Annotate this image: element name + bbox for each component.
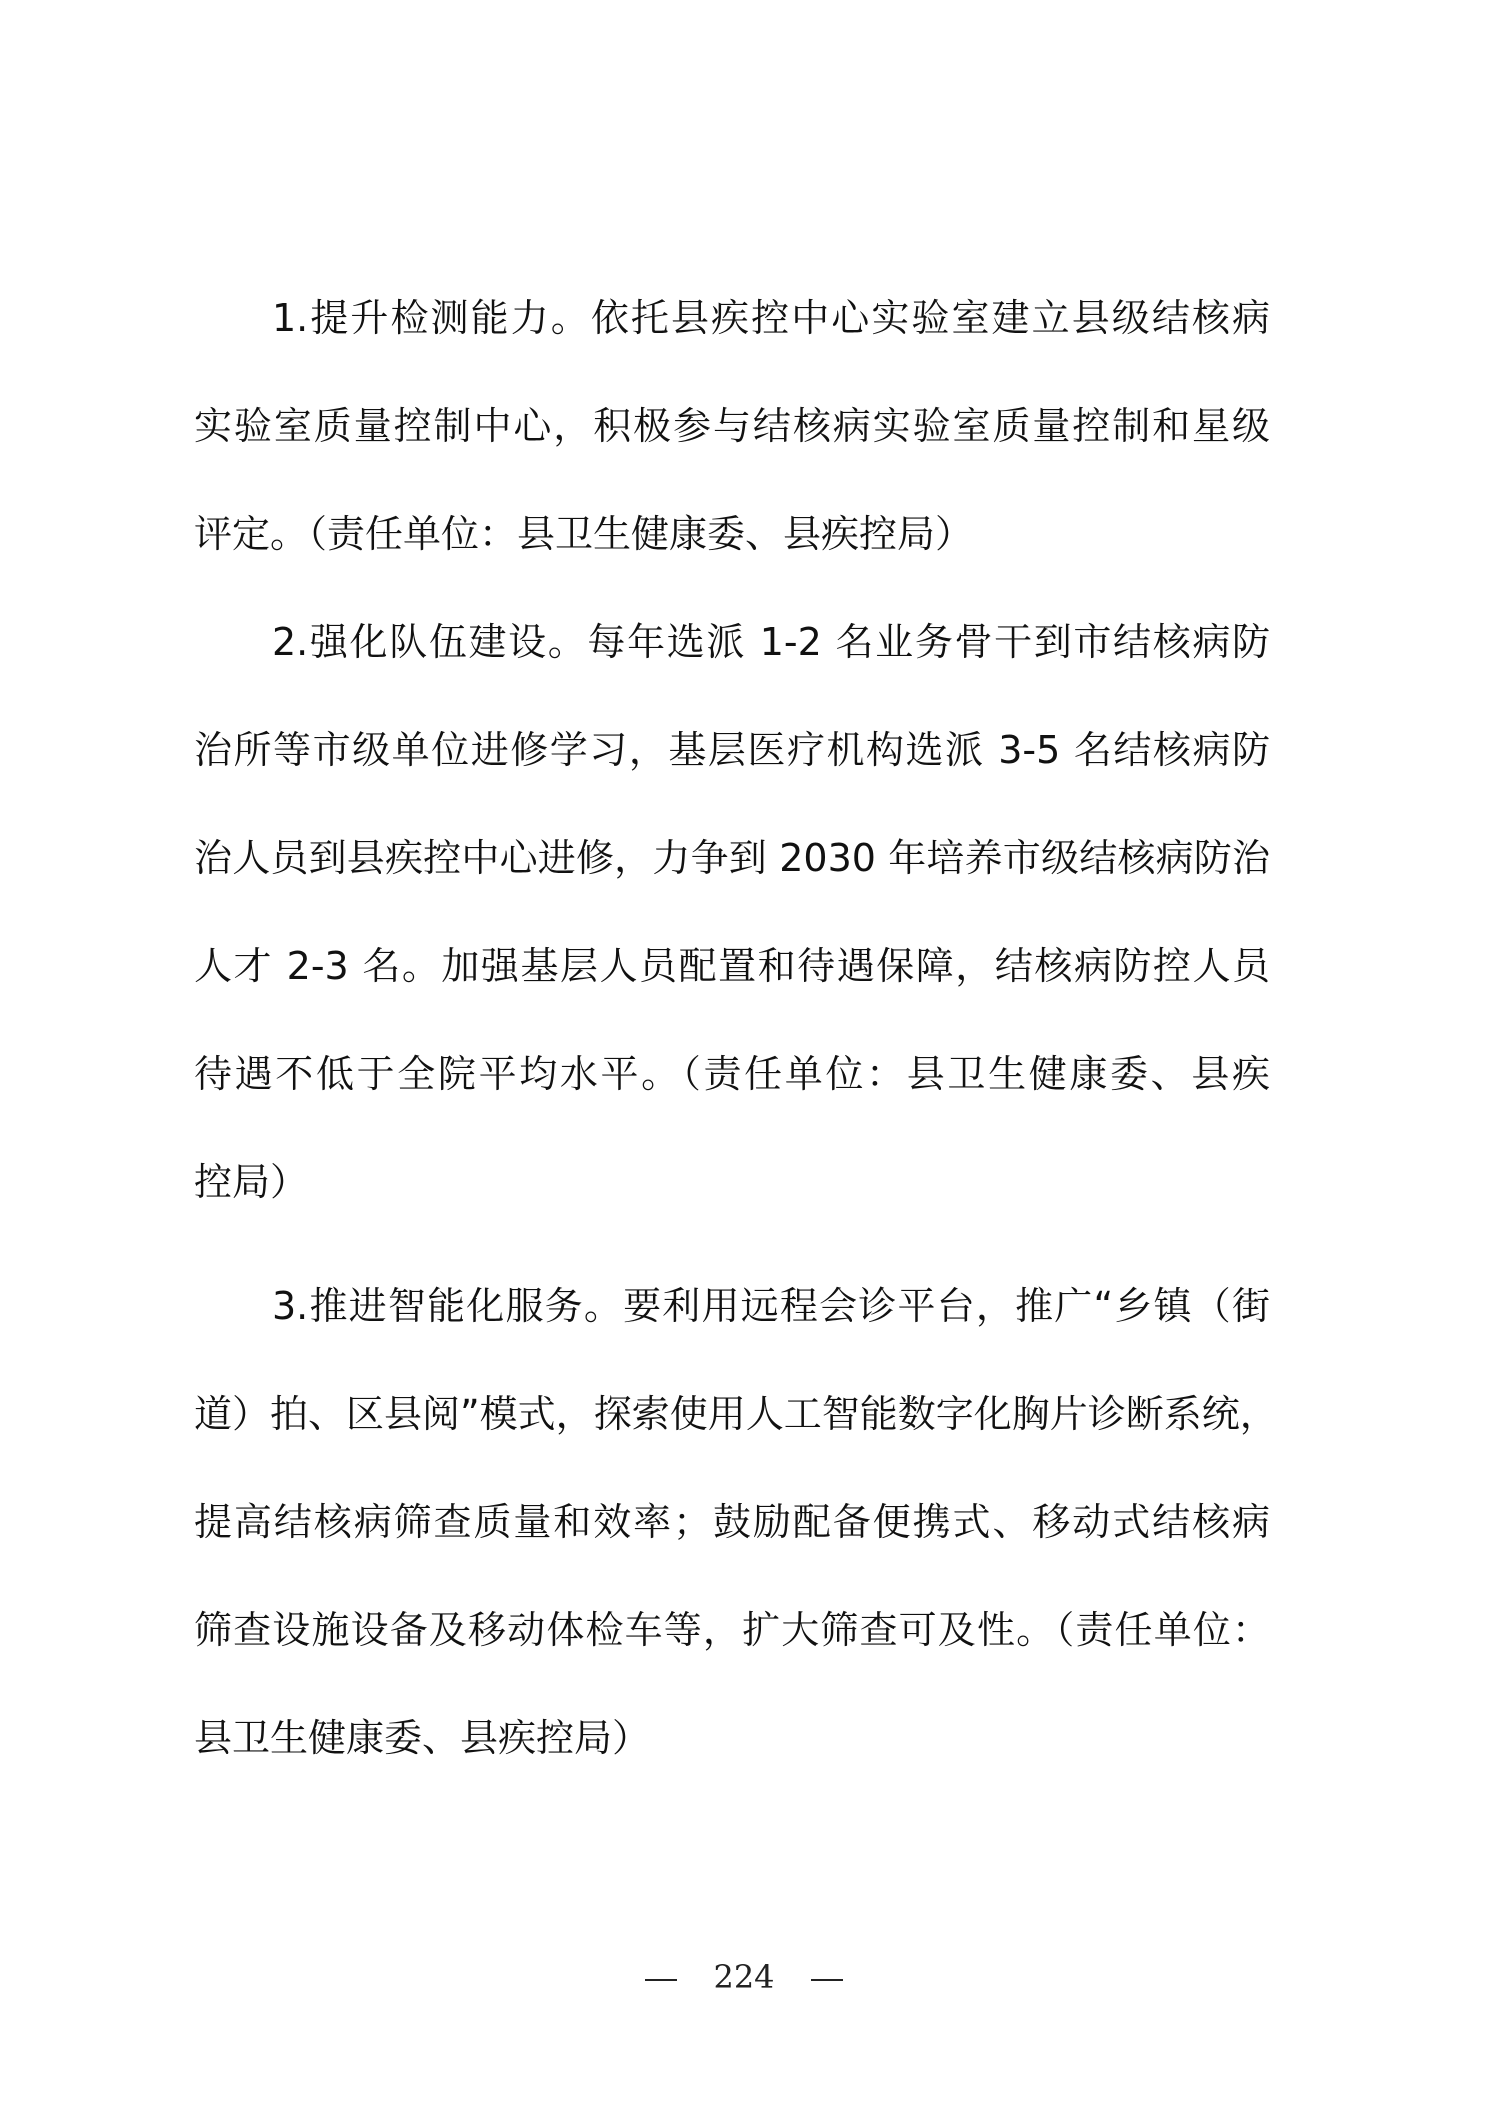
paragraph-line: 治所等市级单位进修学习，基层医疗机构选派 3-5 名结核病防 — [194, 720, 1270, 780]
paragraph-line: 提高结核病筛查质量和效率；鼓励配备便携式、移动式结核病 — [194, 1492, 1270, 1552]
paragraph-line: 治人员到县疾控中心进修，力争到 2030 年培养市级结核病防治 — [194, 828, 1270, 888]
footer-dash-left — [645, 1979, 677, 1981]
paragraph-line: 筛查设施设备及移动体检车等，扩大筛查可及性。（责任单位： — [194, 1600, 1270, 1660]
paragraph-line: 道）拍、区县阅”模式，探索使用人工智能数字化胸片诊断系统， — [194, 1384, 1270, 1444]
paragraph-line: 人才 2-3 名。加强基层人员配置和待遇保障，结核病防控人员 — [194, 936, 1270, 996]
paragraph-line: 实验室质量控制中心，积极参与结核病实验室质量控制和星级 — [194, 396, 1270, 456]
page-number: 224 — [713, 1958, 774, 1996]
paragraph-line: 县卫生健康委、县疾控局） — [194, 1708, 1270, 1768]
paragraph-line: 评定。（责任单位：县卫生健康委、县疾控局） — [194, 504, 1270, 564]
paragraph-line: 待遇不低于全院平均水平。（责任单位：县卫生健康委、县疾 — [194, 1044, 1270, 1104]
document-page: 1.提升检测能力。依托县疾控中心实验室建立县级结核病 实验室质量控制中心，积极参… — [0, 0, 1488, 2105]
paragraph-line: 1.提升检测能力。依托县疾控中心实验室建立县级结核病 — [272, 288, 1270, 348]
paragraph-line: 3.推进智能化服务。要利用远程会诊平台，推广“乡镇（街 — [272, 1276, 1270, 1336]
footer-dash-right — [811, 1979, 843, 1981]
paragraph-line: 控局） — [194, 1152, 1270, 1212]
page-footer: 224 — [0, 1952, 1488, 2002]
paragraph-line: 2.强化队伍建设。每年选派 1-2 名业务骨干到市结核病防 — [272, 612, 1270, 672]
